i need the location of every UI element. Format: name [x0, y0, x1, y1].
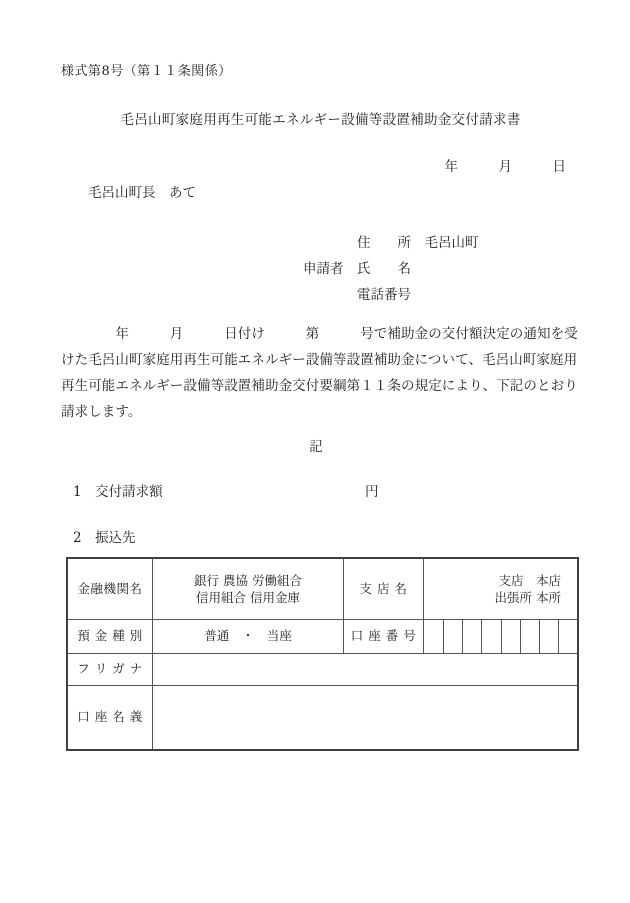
date-line: 年 月 日 — [61, 161, 580, 175]
item-grant-request-amount: 1 交付請求額 — [73, 486, 163, 500]
branch-type-options-line1: 支店 本店 — [498, 572, 561, 589]
deposit-type-options: 普通 ・ 当座 — [153, 620, 344, 654]
applicant-block: 住 所 毛呂山町 申請者 氏 名 電話番号 — [303, 230, 479, 308]
branch-name-label: 支 店 名 — [344, 559, 424, 620]
body-line: 年 月 日付け 第 号で補助金の交付額決定の通知を受 — [61, 321, 583, 347]
document-page: 様式第8号（第１１条関係） 毛呂山町家庭用再生可能エネルギー設備等設置補助金交付… — [0, 0, 630, 903]
account-number-digit-cell[interactable] — [539, 620, 558, 653]
form-number: 様式第8号（第１１条関係） — [61, 65, 232, 78]
branch-type-options: 支店 本店 出張所 本所 — [424, 559, 577, 620]
account-number-digit-boxes — [424, 620, 577, 654]
account-number-digit-cell[interactable] — [424, 620, 443, 653]
account-number-digit-cell[interactable] — [501, 620, 520, 653]
account-number-digit-cell[interactable] — [520, 620, 539, 653]
section-mark: 記 — [61, 441, 571, 455]
applicant-name-line: 申請者 氏 名 — [303, 256, 479, 282]
account-number-label: 口 座 番 号 — [344, 620, 424, 654]
deposit-type-label: 預 金 種 別 — [68, 620, 153, 654]
account-number-digit-cell[interactable] — [558, 620, 577, 653]
account-number-digit-cell[interactable] — [481, 620, 500, 653]
yen-unit-label: 円 — [365, 486, 379, 500]
institution-type-options: 銀行 農協 労働組合 信用組合 信用金庫 — [153, 559, 344, 620]
account-name-input-area[interactable] — [153, 686, 577, 749]
account-number-digit-cell[interactable] — [462, 620, 481, 653]
furigana-input-area[interactable] — [153, 654, 577, 686]
body-line: 請求します。 — [61, 399, 583, 425]
bank-transfer-table: 金融機関名 銀行 農協 労働組合 信用組合 信用金庫 支 店 名 支店 本店 出… — [66, 557, 579, 751]
institution-type-options-line2: 信用組合 信用金庫 — [196, 589, 300, 606]
institution-type-options-line1: 銀行 農協 労働組合 — [194, 572, 302, 589]
branch-type-options-line2: 出張所 本所 — [495, 589, 561, 606]
body-paragraph: 年 月 日付け 第 号で補助金の交付額決定の通知を受 けた毛呂山町家庭用再生可能… — [61, 321, 583, 425]
body-line: 再生可能エネルギー設備等設置補助金交付要綱第１１条の規定により、下記のとおり — [61, 373, 583, 399]
document-title: 毛呂山町家庭用再生可能エネルギー設備等設置補助金交付請求書 — [61, 114, 580, 128]
applicant-phone-line: 電話番号 — [303, 282, 479, 308]
addressee-line: 毛呂山町長 あて — [88, 187, 196, 201]
applicant-address-line: 住 所 毛呂山町 — [303, 230, 479, 256]
furigana-label: フ リ ガ ナ — [68, 654, 153, 686]
body-line: けた毛呂山町家庭用再生可能エネルギー設備等設置補助金について、毛呂山町家庭用 — [61, 347, 583, 373]
item-transfer-destination: 2 振込先 — [73, 532, 136, 546]
account-number-digit-cell[interactable] — [443, 620, 462, 653]
financial-institution-label: 金融機関名 — [68, 559, 153, 620]
account-name-label: 口 座 名 義 — [68, 686, 153, 749]
